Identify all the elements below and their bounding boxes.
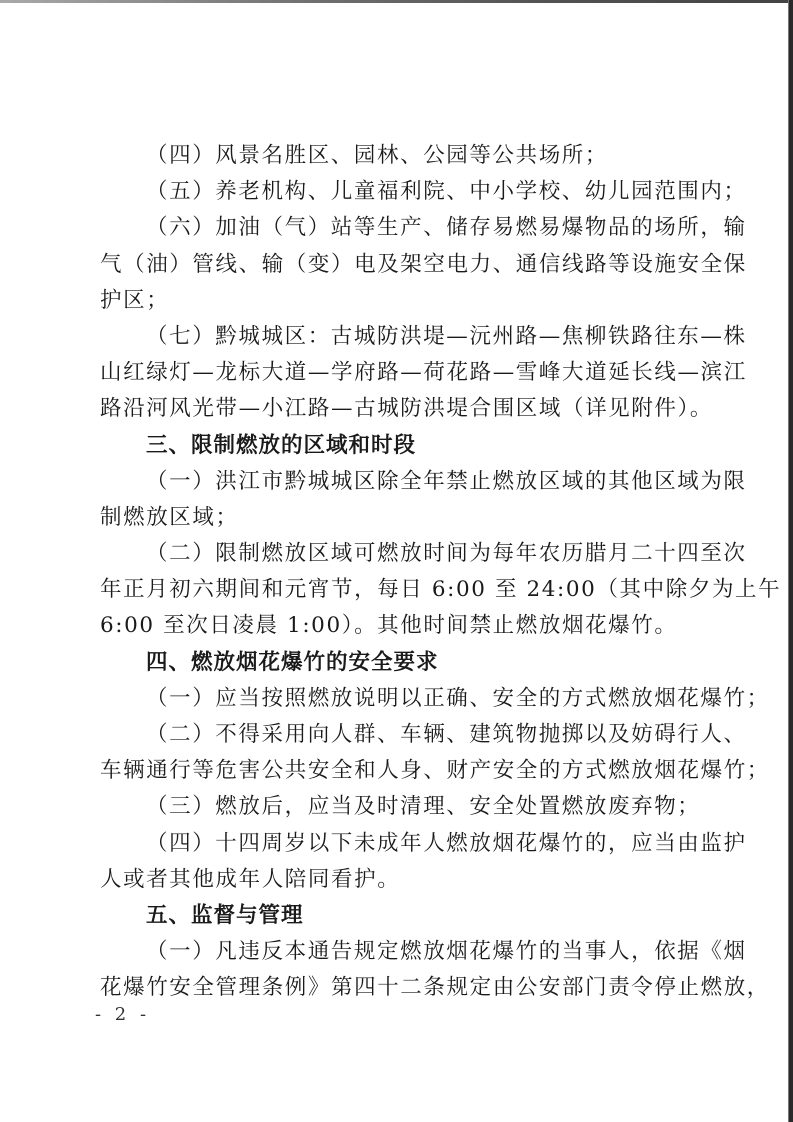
text-line: （五）养老机构、儿童福利院、中小学校、幼儿园范围内； xyxy=(100,174,690,210)
page-number: - 2 - xyxy=(95,1004,150,1025)
section-heading-4: 四、燃放烟花爆竹的安全要求 xyxy=(100,645,690,681)
text-line: 年正月初六期间和元宵节，每日 6:00 至 24:00（其中除夕为上午 xyxy=(100,572,690,608)
text-line: （一）应当按照燃放说明以正确、安全的方式燃放烟花爆竹； xyxy=(100,681,690,717)
scan-edge-right xyxy=(788,0,793,1122)
text-line: （六）加油（气）站等生产、储存易燃易爆物品的场所，输 xyxy=(100,210,690,246)
text-line: 6:00 至次日凌晨 1:00）。其他时间禁止燃放烟花爆竹。 xyxy=(100,608,690,644)
text-line: （七）黔城城区：古城防洪堤—沅州路—焦柳铁路往东—株 xyxy=(100,319,690,355)
text-line: 花爆竹安全管理条例》第四十二条规定由公安部门责令停止燃放， xyxy=(100,970,690,1006)
paragraph-item-3-1: （一）洪江市黔城城区除全年禁止燃放区域的其他区域为限 制燃放区域； xyxy=(100,464,690,536)
text-line: 气（油）管线、输（变）电及架空电力、通信线路等设施安全保 xyxy=(100,247,690,283)
document-body: （四）风景名胜区、园林、公园等公共场所； （五）养老机构、儿童福利院、中小学校、… xyxy=(100,138,690,1007)
text-line: 车辆通行等危害公共安全和人身、财产安全的方式燃放烟花爆竹； xyxy=(100,753,690,789)
text-line: （一）洪江市黔城城区除全年禁止燃放区域的其他区域为限 xyxy=(100,464,690,500)
text-line: 人或者其他成年人陪同看护。 xyxy=(100,862,690,898)
paragraph-item-5-1: （一）凡违反本通告规定燃放烟花爆竹的当事人，依据《烟 花爆竹安全管理条例》第四十… xyxy=(100,934,690,1006)
paragraph-item-4-3: （三）燃放后，应当及时清理、安全处置燃放废弃物； xyxy=(100,789,690,825)
text-line: 山红绿灯—龙标大道—学府路—荷花路—雪峰大道延长线—滨江 xyxy=(100,355,690,391)
paragraph-item-2-5: （五）养老机构、儿童福利院、中小学校、幼儿园范围内； xyxy=(100,174,690,210)
text-line: 路沿河风光带—小江路—古城防洪堤合围区域（详见附件）。 xyxy=(100,391,690,427)
section-heading-5: 五、监督与管理 xyxy=(100,898,690,934)
text-line: （一）凡违反本通告规定燃放烟花爆竹的当事人，依据《烟 xyxy=(100,934,690,970)
text-line: （四）十四周岁以下未成年人燃放烟花爆竹的，应当由监护 xyxy=(100,826,690,862)
paragraph-item-2-7: （七）黔城城区：古城防洪堤—沅州路—焦柳铁路往东—株 山红绿灯—龙标大道—学府路… xyxy=(100,319,690,428)
text-line: 护区； xyxy=(100,283,690,319)
text-line: （四）风景名胜区、园林、公园等公共场所； xyxy=(100,138,690,174)
paragraph-item-4-1: （一）应当按照燃放说明以正确、安全的方式燃放烟花爆竹； xyxy=(100,681,690,717)
paragraph-item-4-4: （四）十四周岁以下未成年人燃放烟花爆竹的，应当由监护 人或者其他成年人陪同看护。 xyxy=(100,826,690,898)
paragraph-item-2-6: （六）加油（气）站等生产、储存易燃易爆物品的场所，输 气（油）管线、输（变）电及… xyxy=(100,210,690,319)
text-line: （三）燃放后，应当及时清理、安全处置燃放废弃物； xyxy=(100,789,690,825)
paragraph-item-3-2: （二）限制燃放区域可燃放时间为每年农历腊月二十四至次 年正月初六期间和元宵节，每… xyxy=(100,536,690,645)
text-line: （二）不得采用向人群、车辆、建筑物抛掷以及妨碍行人、 xyxy=(100,717,690,753)
scan-edge-top xyxy=(0,0,793,3)
text-line: 制燃放区域； xyxy=(100,500,690,536)
paragraph-item-4-2: （二）不得采用向人群、车辆、建筑物抛掷以及妨碍行人、 车辆通行等危害公共安全和人… xyxy=(100,717,690,789)
section-heading-3: 三、限制燃放的区域和时段 xyxy=(100,428,690,464)
text-line: （二）限制燃放区域可燃放时间为每年农历腊月二十四至次 xyxy=(100,536,690,572)
paragraph-item-2-4: （四）风景名胜区、园林、公园等公共场所； xyxy=(100,138,690,174)
